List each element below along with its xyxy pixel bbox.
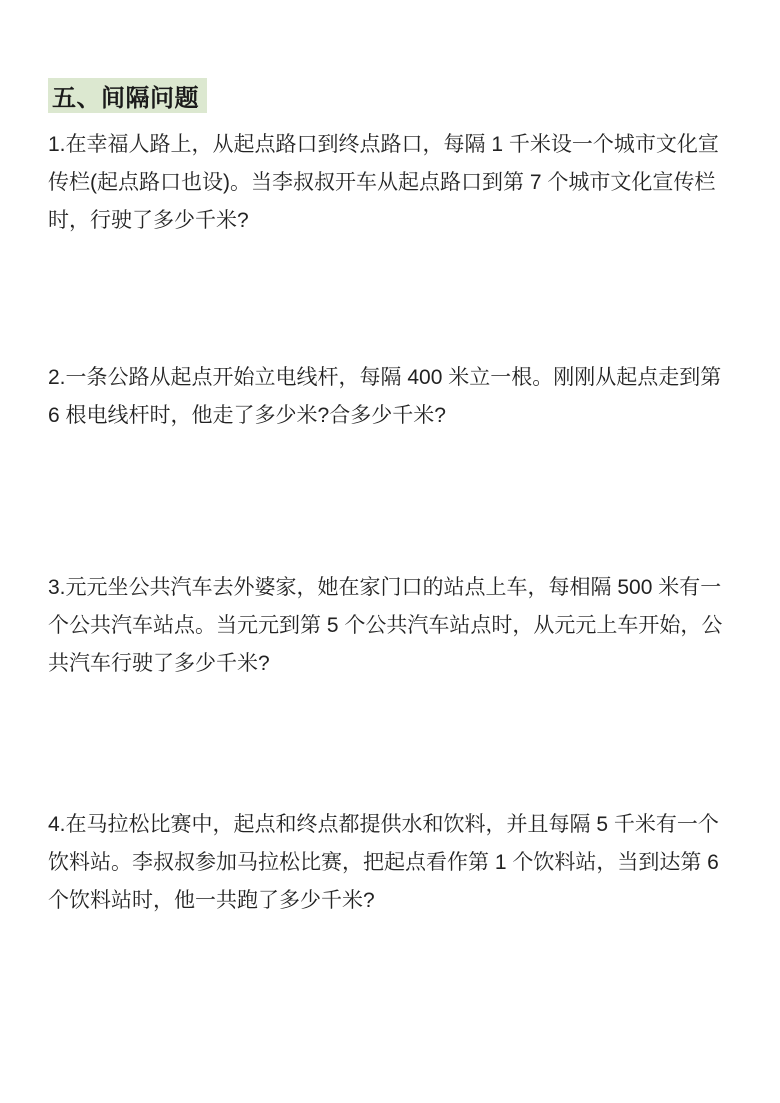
problem-3-line-3: 共汽车行驶了多少千米? (48, 645, 738, 683)
problem-4-line-3: 个饮料站时，他一共跑了多少千米? (48, 882, 738, 920)
problem-3: 3.元元坐公共汽车去外婆家，她在家门口的站点上车，每相隔 500 米有一 个公共… (48, 569, 738, 683)
problem-2: 2.一条公路从起点开始立电线杆，每隔 400 米立一根。刚刚从起点走到第 6 根… (48, 359, 738, 435)
problem-1: 1.在幸福人路上，从起点路口到终点路口，每隔 1 千米设一个城市文化宣 传栏(起… (48, 126, 738, 240)
problem-1-line-3: 时，行驶了多少千米? (48, 202, 738, 240)
problem-4-line-1: 4.在马拉松比赛中，起点和终点都提供水和饮料，并且每隔 5 千米有一个 (48, 806, 738, 844)
worksheet-page: 五、间隔问题 1.在幸福人路上，从起点路口到终点路口，每隔 1 千米设一个城市文… (0, 0, 780, 1103)
problem-4: 4.在马拉松比赛中，起点和终点都提供水和饮料，并且每隔 5 千米有一个 饮料站。… (48, 806, 738, 920)
problem-3-line-1: 3.元元坐公共汽车去外婆家，她在家门口的站点上车，每相隔 500 米有一 (48, 569, 738, 607)
problem-1-line-1: 1.在幸福人路上，从起点路口到终点路口，每隔 1 千米设一个城市文化宣 (48, 126, 738, 164)
problem-2-line-1: 2.一条公路从起点开始立电线杆，每隔 400 米立一根。刚刚从起点走到第 (48, 359, 738, 397)
problem-4-line-2: 饮料站。李叔叔参加马拉松比赛，把起点看作第 1 个饮料站，当到达第 6 (48, 844, 738, 882)
section-heading: 五、间隔问题 (48, 78, 207, 113)
problem-1-line-2: 传栏(起点路口也设)。当李叔叔开车从起点路口到第 7 个城市文化宣传栏 (48, 164, 738, 202)
problem-2-line-2: 6 根电线杆时，他走了多少米?合多少千米? (48, 397, 738, 435)
problem-3-line-2: 个公共汽车站点。当元元到第 5 个公共汽车站点时，从元元上车开始，公 (48, 607, 738, 645)
